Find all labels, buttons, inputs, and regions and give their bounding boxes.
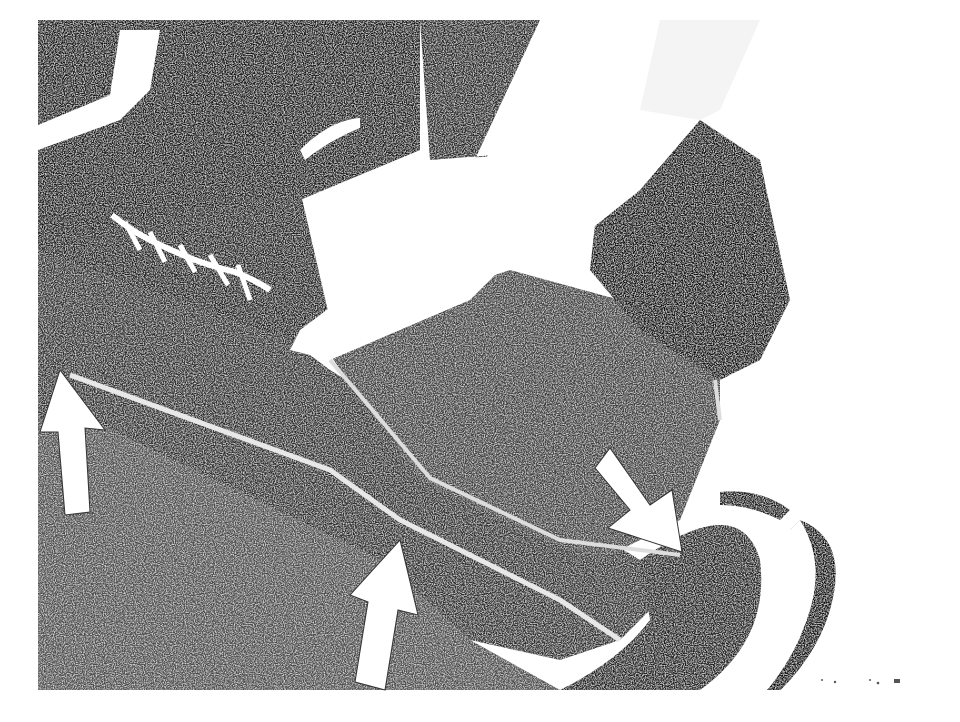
halftone-photo [0, 0, 960, 722]
photo-dark-regions [38, 20, 836, 700]
